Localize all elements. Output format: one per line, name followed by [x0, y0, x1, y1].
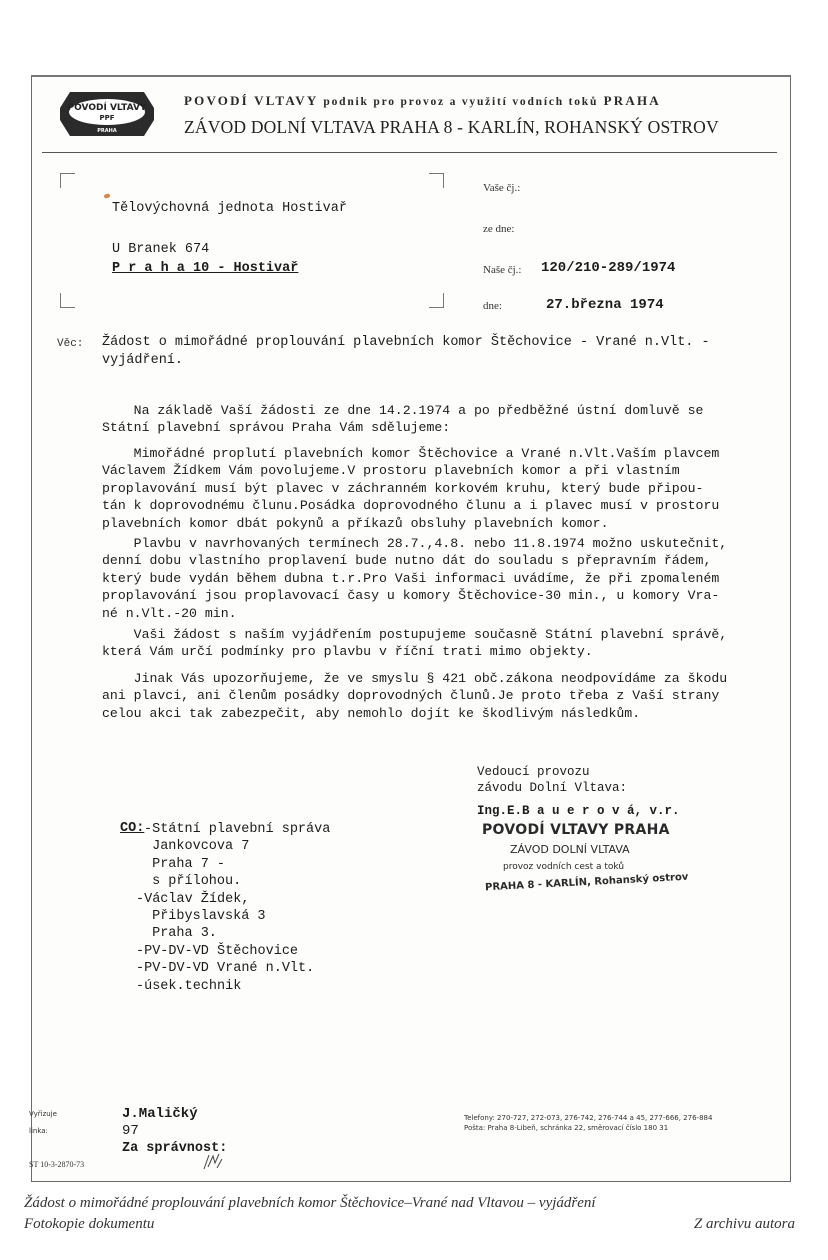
- stamp-line-1: POVODÍ VLTAVY PRAHA: [482, 822, 670, 838]
- body-paragraph-3: Plavbu v navrhovaných termínech 28.7.,4.…: [102, 535, 782, 622]
- copies-line: -Státní plavební správa: [144, 821, 330, 838]
- address-window-corner: [60, 173, 75, 188]
- subject-line-2: vyjádření.: [102, 353, 183, 368]
- copies-line: -úsek.technik: [136, 978, 330, 995]
- org-name: POVODÍ VLTAVY: [184, 93, 318, 108]
- signature-role-1: Vedoucí provozu: [477, 765, 590, 779]
- svg-text:POVODÍ VLTAVY: POVODÍ VLTAVY: [68, 101, 147, 113]
- ink-mark: [103, 193, 110, 199]
- copies-list: -Státní plavební správa Jankovcova 7 Pra…: [144, 821, 330, 995]
- copies-label: CO:: [120, 821, 144, 836]
- our-ref-label: Naše čj.:: [483, 264, 521, 276]
- signature-name: Ing.E.B a u e r o v á, v.r.: [477, 804, 680, 818]
- stamp-line-4: PRAHA 8 - KARLÍN, Rohanský ostrov: [485, 872, 689, 894]
- stamp-line-3: provoz vodních cest a toků: [503, 862, 624, 872]
- company-logo: POVODÍ VLTAVY PPF PRAHA: [58, 88, 156, 140]
- handled-by-value: J.Maličký: [122, 1106, 198, 1122]
- address-window-corner: [429, 293, 444, 308]
- stamp-line-2: ZÁVOD DOLNÍ VLTAVA: [510, 843, 630, 856]
- copies-line: Praha 7 -: [144, 856, 330, 873]
- org-tagline: podnik pro provoz a využití vodních toků: [323, 96, 598, 108]
- your-ref-label: Vaše čj.:: [483, 182, 520, 194]
- copies-line: Jankovcova 7: [144, 838, 330, 855]
- subject-label: Věc:: [57, 338, 83, 350]
- handwritten-initials: [202, 1153, 224, 1176]
- recipient-city: P r a h a 10 - Hostivař: [112, 261, 298, 276]
- signature-role-2: závodu Dolní Vltava:: [477, 781, 627, 795]
- letterhead-line-1: POVODÍ VLTAVY podnik pro provoz a využit…: [184, 93, 661, 109]
- recipient-name: Tělovýchovná jednota Hostivař: [112, 201, 347, 216]
- post-address: Pošta: Praha 8-Libeň, schránka 22, směro…: [464, 1124, 668, 1132]
- address-window-corner: [429, 173, 444, 188]
- handled-by-label: Vyřizuje: [29, 1110, 57, 1118]
- recipient-street: U Branek 674: [112, 242, 209, 257]
- copies-line: -PV-DV-VD Štěchovice: [136, 943, 330, 960]
- phones: Telefony: 270-727, 272-073, 276-742, 276…: [464, 1114, 712, 1122]
- body-paragraph-4: Vaši žádost s naším vyjádřením postupuje…: [102, 626, 782, 661]
- subject-line-1: Žádost o mimořádné proplouvání plavebníc…: [102, 335, 710, 350]
- svg-text:PRAHA: PRAHA: [97, 128, 117, 134]
- our-ref-value: 120/210-289/1974: [541, 260, 675, 276]
- org-city: PRAHA: [604, 93, 661, 108]
- body-paragraph-5: Jinak Vás upozorňujeme, že ve smyslu § 4…: [102, 670, 782, 722]
- caption-title: Žádost o mimořádné proplouvání plavebníc…: [24, 1195, 596, 1212]
- caption-credit: Z archivu autora: [694, 1216, 795, 1233]
- date-label: dne:: [483, 300, 502, 312]
- copies-line: -Václav Žídek,: [136, 891, 330, 908]
- your-date-label: ze dne:: [483, 223, 514, 235]
- body-paragraph-1: Na základě Vaší žádosti ze dne 14.2.1974…: [102, 402, 782, 437]
- date-value: 27.března 1974: [546, 297, 664, 313]
- svg-text:PPF: PPF: [99, 114, 114, 122]
- form-code: ST 10-3-2870-73: [29, 1160, 84, 1169]
- caption-source: Fotokopie dokumentu: [24, 1216, 154, 1233]
- copies-line: -PV-DV-VD Vrané n.Vlt.: [136, 960, 330, 977]
- copies-line: s přílohou.: [144, 873, 330, 890]
- letterhead-branch: ZÁVOD DOLNÍ VLTAVA PRAHA 8 - KARLÍN, ROH…: [184, 117, 719, 138]
- letterhead-divider: [42, 152, 777, 153]
- line-value: 97: [122, 1123, 139, 1139]
- copies-line: Praha 3.: [144, 925, 330, 942]
- body-paragraph-2: Mimořádné proplutí plavebních komor Štěc…: [102, 445, 782, 532]
- address-window-corner: [60, 293, 75, 308]
- letter-sheet: POVODÍ VLTAVY PPF PRAHA POVODÍ VLTAVY po…: [31, 75, 791, 1182]
- line-label: linka:: [29, 1127, 48, 1135]
- copies-line: Přibyslavská 3: [144, 908, 330, 925]
